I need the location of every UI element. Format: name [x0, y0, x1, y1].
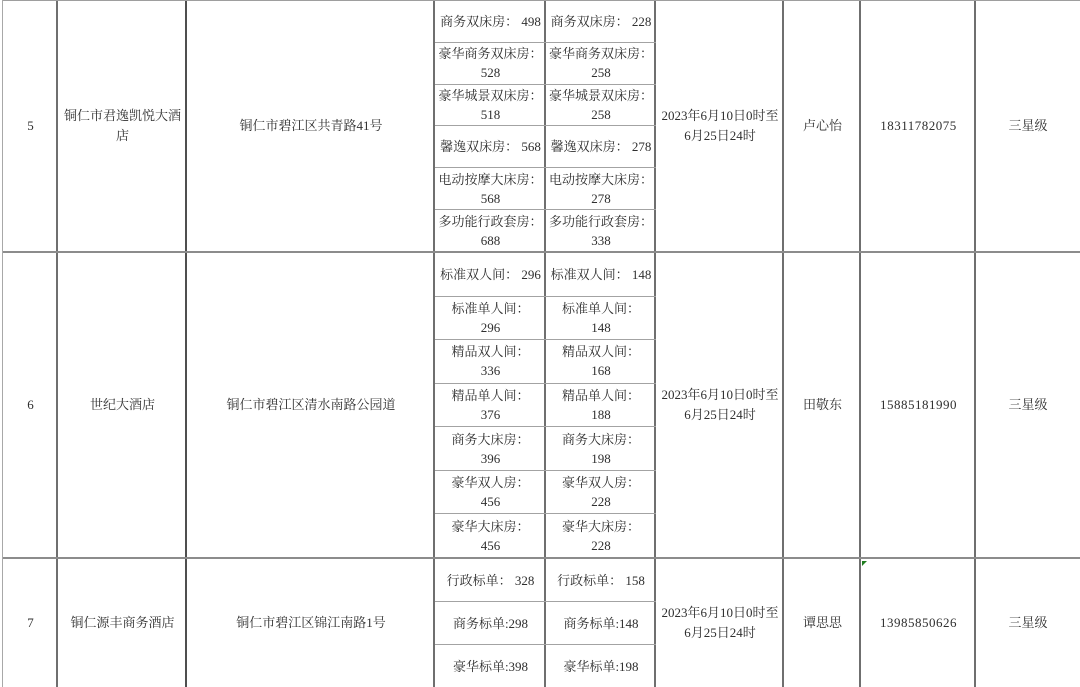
contact-phone-cell: 15885181990 — [861, 253, 976, 557]
room-price-cell: 豪华城景双床房： 258 — [546, 84, 656, 126]
room-price-text: 豪华大床房： 456 — [451, 517, 529, 555]
cell-error-indicator-icon — [862, 561, 867, 566]
document-screenshot: 5 铜仁市君逸凯悦大酒 店 铜仁市碧江区共青路41号 商务双床房： 498豪华商… — [0, 0, 1080, 687]
hotel-name-cell: 铜仁市君逸凯悦大酒 店 — [58, 1, 187, 251]
contact-phone-cell: 18311782075 — [861, 1, 976, 251]
room-price-cell: 商务双床房： 498 — [435, 1, 546, 42]
room-price-text: 馨逸双床房： 568 — [440, 137, 541, 156]
contact-name-cell: 田敬东 — [784, 253, 861, 557]
hotel-table: 5 铜仁市君逸凯悦大酒 店 铜仁市碧江区共青路41号 商务双床房： 498豪华商… — [3, 0, 1080, 687]
room-price-cell: 电动按摩大床房： 278 — [546, 167, 656, 209]
room-price-text: 标准双人间： 296 — [440, 265, 541, 284]
room-price-cell: 标准双人间： 296 — [435, 253, 546, 296]
room-price-text: 豪华标单:198 — [563, 657, 638, 676]
room-prices-discount-column: 行政标单： 158商务标单:148豪华标单:198 — [546, 559, 656, 687]
room-price-cell: 精品单人间： 188 — [546, 383, 656, 427]
room-prices-original-column: 商务双床房： 498豪华商务双床房： 528豪华城景双床房： 518馨逸双床房：… — [435, 1, 546, 251]
row-number-cell: 6 — [3, 253, 58, 557]
room-price-text: 精品双人间： 168 — [562, 342, 640, 380]
room-price-text: 电动按摩大床房： 568 — [438, 170, 542, 208]
room-price-cell: 豪华商务双床房： 258 — [546, 42, 656, 84]
validity-period-cell: 2023年6月10日0时至 6月25日24时 — [656, 253, 784, 557]
room-prices-discount-column: 标准双人间： 148标准单人间： 148精品双人间： 168精品单人间： 188… — [546, 253, 656, 557]
room-price-text: 商务双床房： 498 — [440, 12, 541, 31]
room-price-cell: 电动按摩大床房： 568 — [435, 167, 546, 209]
validity-period-cell: 2023年6月10日0时至 6月25日24时 — [656, 559, 784, 687]
star-rating-cell: 三星级 — [976, 559, 1080, 687]
row-number-cell: 5 — [3, 1, 58, 251]
room-price-text: 标准双人间： 148 — [551, 265, 652, 284]
room-price-text: 多功能行政套房： 338 — [549, 212, 653, 250]
hotel-address: 铜仁市碧江区共青路41号 — [239, 116, 382, 136]
room-prices-original-column: 行政标单： 328商务标单:298豪华标单:398 — [435, 559, 546, 687]
contact-name-cell: 卢心怡 — [784, 1, 861, 251]
room-price-cell: 豪华标单:198 — [546, 644, 656, 687]
room-price-cell: 豪华双人房： 456 — [435, 470, 546, 514]
room-price-text: 豪华双人房： 456 — [451, 473, 529, 511]
row-number-cell: 7 — [3, 559, 58, 687]
room-price-text: 馨逸双床房： 278 — [551, 137, 652, 156]
room-price-text: 多功能行政套房： 688 — [438, 212, 542, 250]
hotel-name: 铜仁市君逸凯悦大酒 店 — [64, 106, 181, 146]
room-price-text: 商务标单:298 — [453, 614, 528, 633]
room-price-cell: 商务双床房： 228 — [546, 1, 656, 42]
hotel-address-cell: 铜仁市碧江区共青路41号 — [187, 1, 435, 251]
room-price-cell: 豪华大床房： 456 — [435, 513, 546, 557]
row-number: 6 — [27, 395, 34, 415]
room-price-cell: 多功能行政套房： 688 — [435, 209, 546, 251]
room-price-cell: 豪华大床房： 228 — [546, 513, 656, 557]
star-rating-cell: 三星级 — [976, 253, 1080, 557]
contact-name: 卢心怡 — [803, 116, 842, 136]
room-price-cell: 精品单人间： 376 — [435, 383, 546, 427]
contact-phone: 15885181990 — [880, 395, 957, 415]
room-price-text: 精品双人间： 336 — [451, 342, 529, 380]
contact-name: 谭思思 — [803, 613, 842, 633]
room-price-cell: 精品双人间： 168 — [546, 339, 656, 383]
room-price-text: 豪华城景双床房： 518 — [438, 86, 542, 124]
room-price-cell: 馨逸双床房： 278 — [546, 125, 656, 167]
table-row: 7 铜仁源丰商务酒店 铜仁市碧江区锦江南路1号 行政标单： 328商务标单:29… — [3, 557, 1080, 687]
room-price-cell: 标准双人间： 148 — [546, 253, 656, 296]
room-price-cell: 标准单人间： 296 — [435, 296, 546, 340]
room-price-text: 电动按摩大床房： 278 — [549, 170, 653, 208]
room-price-text: 精品单人间： 376 — [451, 386, 529, 424]
room-price-text: 商务标单:148 — [563, 614, 638, 633]
room-price-cell: 行政标单： 158 — [546, 559, 656, 601]
hotel-address-cell: 铜仁市碧江区锦江南路1号 — [187, 559, 435, 687]
hotel-name-cell: 世纪大酒店 — [58, 253, 187, 557]
room-prices-original-column: 标准双人间： 296标准单人间： 296精品双人间： 336精品单人间： 376… — [435, 253, 546, 557]
room-price-cell: 馨逸双床房： 568 — [435, 125, 546, 167]
room-price-cell: 商务大床房： 396 — [435, 426, 546, 470]
contact-phone: 18311782075 — [880, 116, 957, 136]
room-price-text: 商务大床房： 198 — [562, 430, 640, 468]
room-price-text: 商务双床房： 228 — [551, 12, 652, 31]
room-price-text: 行政标单： 158 — [557, 571, 645, 590]
room-price-text: 标准单人间： 148 — [562, 299, 640, 337]
table-row: 6 世纪大酒店 铜仁市碧江区清水南路公园道 标准双人间： 296标准单人间： 2… — [3, 251, 1080, 557]
room-price-cell: 多功能行政套房： 338 — [546, 209, 656, 251]
hotel-name: 铜仁源丰商务酒店 — [70, 613, 174, 633]
validity-period: 2023年6月10日0时至 6月25日24时 — [661, 385, 778, 425]
star-rating: 三星级 — [1008, 116, 1047, 136]
room-price-cell: 商务标单:148 — [546, 601, 656, 644]
room-price-cell: 豪华城景双床房： 518 — [435, 84, 546, 126]
contact-name-cell: 谭思思 — [784, 559, 861, 687]
room-price-cell: 标准单人间： 148 — [546, 296, 656, 340]
room-price-text: 豪华城景双床房： 258 — [549, 86, 653, 124]
hotel-address: 铜仁市碧江区锦江南路1号 — [236, 613, 386, 633]
star-rating: 三星级 — [1008, 395, 1047, 415]
star-rating: 三星级 — [1008, 613, 1047, 633]
room-price-cell: 豪华双人房： 228 — [546, 470, 656, 514]
room-price-text: 豪华大床房： 228 — [562, 517, 640, 555]
room-price-cell: 精品双人间： 336 — [435, 339, 546, 383]
hotel-name: 世纪大酒店 — [90, 395, 155, 415]
contact-name: 田敬东 — [803, 395, 842, 415]
contact-phone-cell: 13985850626 — [861, 559, 976, 687]
hotel-address-cell: 铜仁市碧江区清水南路公园道 — [187, 253, 435, 557]
room-price-cell: 商务标单:298 — [435, 601, 546, 644]
room-prices-discount-column: 商务双床房： 228豪华商务双床房： 258豪华城景双床房： 258馨逸双床房：… — [546, 1, 656, 251]
room-price-cell: 商务大床房： 198 — [546, 426, 656, 470]
row-number: 7 — [27, 613, 34, 633]
contact-phone: 13985850626 — [880, 613, 957, 633]
room-price-text: 豪华商务双床房： 528 — [438, 44, 542, 82]
hotel-address: 铜仁市碧江区清水南路公园道 — [226, 395, 395, 415]
room-price-text: 精品单人间： 188 — [562, 386, 640, 424]
room-price-cell: 豪华标单:398 — [435, 644, 546, 687]
room-price-text: 豪华标单:398 — [453, 657, 528, 676]
star-rating-cell: 三星级 — [976, 1, 1080, 251]
hotel-name-cell: 铜仁源丰商务酒店 — [58, 559, 187, 687]
room-price-text: 标准单人间： 296 — [451, 299, 529, 337]
validity-period-cell: 2023年6月10日0时至 6月25日24时 — [656, 1, 784, 251]
room-price-cell: 豪华商务双床房： 528 — [435, 42, 546, 84]
row-number: 5 — [27, 116, 34, 136]
room-price-text: 豪华商务双床房： 258 — [549, 44, 653, 82]
room-price-cell: 行政标单： 328 — [435, 559, 546, 601]
validity-period: 2023年6月10日0时至 6月25日24时 — [661, 106, 778, 146]
room-price-text: 行政标单： 328 — [447, 571, 535, 590]
room-price-text: 商务大床房： 396 — [451, 430, 529, 468]
validity-period: 2023年6月10日0时至 6月25日24时 — [661, 603, 778, 643]
room-price-text: 豪华双人房： 228 — [562, 473, 640, 511]
table-row: 5 铜仁市君逸凯悦大酒 店 铜仁市碧江区共青路41号 商务双床房： 498豪华商… — [3, 0, 1080, 251]
